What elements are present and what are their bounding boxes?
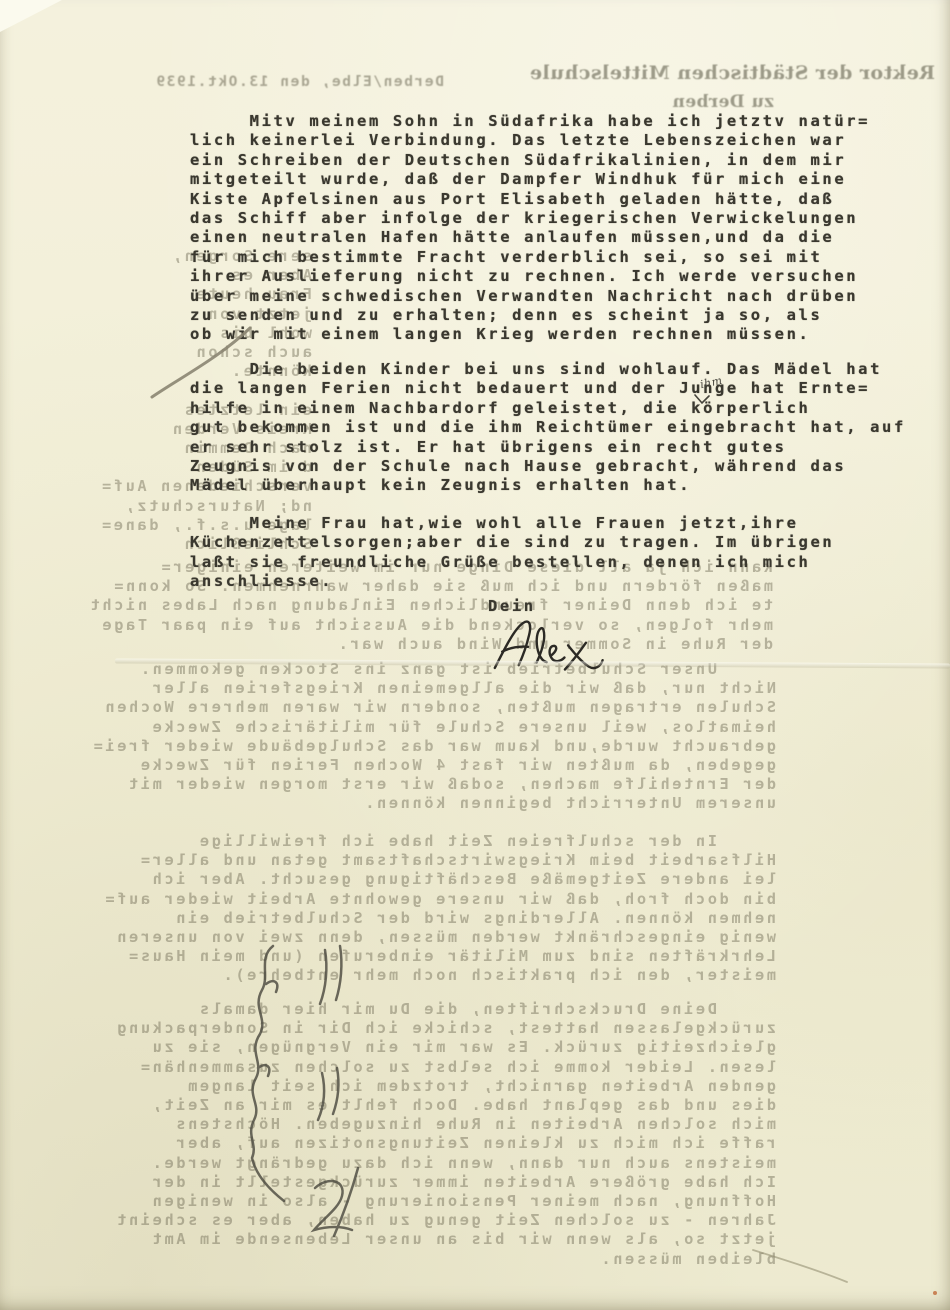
- scanned-letter-page: Rektor der Städtischen Mittelschule zu D…: [0, 0, 950, 1310]
- bleed-letterhead-line1: Rektor der Städtischen Mittelschule: [575, 62, 935, 84]
- bleed-letterhead-line2: zu Derben: [656, 92, 774, 112]
- bleed-paragraph-block-1: Unser Schulbetrieb ist ganz ins Stocken …: [58, 660, 776, 814]
- bleed-paragraph-block-3: Deine Druckschriften, die Du mir hier da…: [58, 1000, 776, 1269]
- letter-paragraph-1: Mitv meinem Sohn in Südafrika habe ich j…: [190, 112, 870, 345]
- letter-paragraph-3: Meine Frau hat,wie wohl alle Frauen jetz…: [190, 514, 834, 592]
- diagonal-handwriting-strokes: [240, 938, 370, 1273]
- letter-paragraph-2: Die beiden Kinder bei uns sind wohlauf. …: [190, 360, 906, 496]
- letter-closing: Dein: [488, 597, 536, 616]
- bleed-dateline: Derben/Elbe, den 13.Okt.1939: [138, 74, 444, 90]
- bleed-paragraph-block-2: In der schulfreien Zeit habe ich freiwil…: [58, 832, 776, 986]
- paper-speck: [933, 1291, 937, 1295]
- insertion-caret-icon: [694, 394, 710, 405]
- pen-stroke: [145, 320, 257, 405]
- corner-crease: [745, 1238, 855, 1290]
- diagonal-handwriting-bleed: illegible diagonal handwriting (ink blee…: [240, 938, 370, 1273]
- diagonal-handwriting-label: illegible diagonal handwriting (ink blee…: [240, 1273, 241, 1274]
- scan-corner-sliver: [0, 0, 64, 34]
